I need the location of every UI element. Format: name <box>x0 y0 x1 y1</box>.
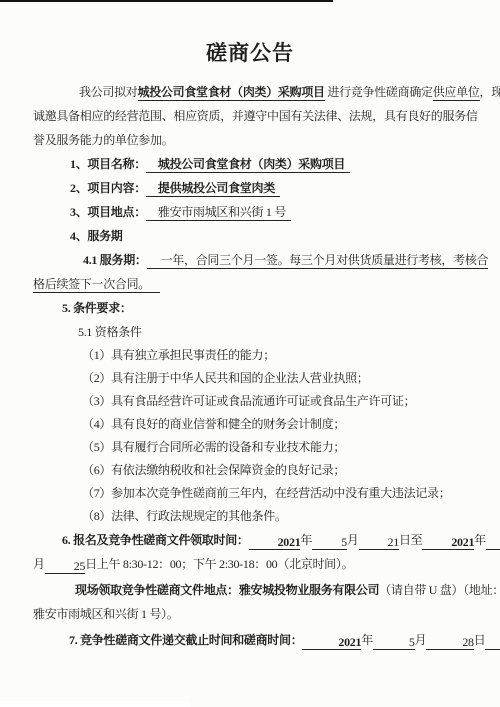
item-value-underlined: 提供城投公司食堂肉类 <box>146 181 280 197</box>
intro-line3: 誉及服务能力的单位参加。 <box>33 133 173 147</box>
condition-list: （1）具有独立承担民事责任的能力； （2）具有注册于中华人民共和国的企业法人营业… <box>33 344 467 528</box>
project-item-name: 1、项目名称：城投公司食堂食材（肉类）采购项目 <box>33 152 467 176</box>
condition-item: （1）具有独立承担民事责任的能力； <box>33 344 467 367</box>
item-value-underlined: 城投公司食堂食材（肉类）采购项目 <box>146 157 350 173</box>
qualification-subheader: 5.1 资格条件 <box>33 320 467 344</box>
registration-month1-blank: 5 <box>312 534 347 550</box>
deadline-year-blank: 2021 <box>302 634 361 650</box>
venue-company: 雅安城投物业服务有限公司 <box>239 583 379 597</box>
venue-address: 雅安市雨城区和兴街 1 号）。 <box>33 607 179 621</box>
scan-bottom-strip <box>0 701 190 707</box>
condition-item: （5）具有履行合同所必需的设备和专业技术能力； <box>33 436 467 459</box>
condition-item: （8）法律、行政法规规定的其他条件。 <box>33 505 467 528</box>
project-item-content: 2、项目内容：提供城投公司食堂肉类 <box>33 176 467 200</box>
intro-supplier-underlined: 供应单位 <box>433 85 480 101</box>
unit-year: 年 <box>474 533 486 547</box>
unit-month: 月 <box>415 633 427 647</box>
unit-day-to: 日至 <box>399 533 422 547</box>
condition-item: （3）具有食品经营许可证或食品流通许可证或食品生产许可证； <box>33 390 467 413</box>
intro-segment: 我公司拟对 <box>79 85 138 99</box>
intro-line2: 诚邀具备相应的经营范围、相应资质，并遵守中国有关法律、法规，具有良好的服务信 <box>33 109 478 123</box>
registration-month2-blank: 5 <box>486 534 500 550</box>
registration-day1-blank: 21 <box>359 534 399 550</box>
registration-year1-blank: 2021 <box>249 534 301 550</box>
item-label: 3、项目地点： <box>70 205 146 219</box>
service-period-value-line2: 格后续签下一次合同。 <box>33 277 160 293</box>
project-item-service-period: 4、服务期 <box>33 224 467 248</box>
service-period-label: 4.1 服务期： <box>83 253 147 267</box>
scan-artifact-line <box>0 0 333 2</box>
venue-label: 现场领取竞争性磋商文件地点： <box>75 583 239 597</box>
item-value-underlined: 雅安市雨城区和兴街 1 号 <box>146 205 291 221</box>
deadline-day-blank: 28 <box>426 634 473 650</box>
project-item-location: 3、项目地点：雅安市雨城区和兴街 1 号 <box>33 200 467 224</box>
deadline-label: 7. 竞争性磋商文件递交截止时间和磋商时间： <box>69 633 302 647</box>
unit-month: 月 <box>347 533 359 547</box>
registration-day2-blank: 25 <box>45 558 85 574</box>
service-period-paragraph: 4.1 服务期：一年，合同三个月一签。每三个月对供货质量进行考核，考核合格后续签… <box>33 248 467 296</box>
document-page: 磋商公告 我公司拟对城投公司食堂食材（肉类）采购项目 进行竞争性磋商确定供应单位… <box>0 0 500 707</box>
registration-year2-blank: 2021 <box>422 534 474 550</box>
item-label: 2、项目内容： <box>70 181 146 195</box>
condition-item: （6）有依法缴纳税收和社会保障资金的良好记录； <box>33 459 467 482</box>
intro-segment: ，现 <box>480 85 500 99</box>
unit-month: 月 <box>33 557 45 571</box>
condition-item: （2）具有注册于中华人民共和国的企业法人营业执照； <box>33 367 467 390</box>
registration-time-tail: 日上午 8:30-12：00；下午 2:30-18：00（北京时间）。 <box>85 557 353 571</box>
deadline-month-blank: 5 <box>373 634 415 650</box>
item-label: 1、项目名称： <box>70 157 146 171</box>
intro-project-name-underlined: 城投公司食堂食材（肉类）采购项目 <box>138 85 325 101</box>
deadline-paragraph: 7. 竞争性磋商文件递交截止时间和磋商时间：2021年5月28日9时 <box>33 628 467 652</box>
service-period-value-line1: 一年，合同三个月一签。每三个月对供货质量进行考核，考核合 <box>147 253 489 269</box>
registration-time-paragraph: 6. 报名及竞争性磋商文件领取时间：2021年5月21日至2021年5月25日上… <box>33 528 467 576</box>
condition-item: （7）参加本次竞争性磋商前三年内，在经营活动中没有重大违法记录； <box>33 482 467 505</box>
venue-note: （请自带 U 盘）（地址： <box>379 583 500 597</box>
venue-paragraph: 现场领取竞争性磋商文件地点：雅安城投物业服务有限公司（请自带 U 盘）（地址：雅… <box>33 578 467 626</box>
condition-item: （4）具有良好的商业信誉和健全的财务会计制度； <box>33 413 467 436</box>
deadline-hour-blank: 9 <box>485 634 500 650</box>
unit-year: 年 <box>300 533 312 547</box>
registration-time-label: 6. 报名及竞争性磋商文件领取时间： <box>62 533 249 547</box>
item-label: 4、服务期 <box>70 229 123 243</box>
conditions-header: 5. 条件要求： <box>33 296 467 320</box>
intro-segment: 进行竞争性磋商确定 <box>325 85 433 99</box>
unit-day: 日 <box>474 633 486 647</box>
page-title: 磋商公告 <box>33 38 467 68</box>
intro-paragraph: 我公司拟对城投公司食堂食材（肉类）采购项目 进行竞争性磋商确定供应单位，现诚邀具… <box>33 80 467 152</box>
unit-year: 年 <box>361 633 373 647</box>
project-items: 1、项目名称：城投公司食堂食材（肉类）采购项目 2、项目内容：提供城投公司食堂肉… <box>33 152 467 248</box>
